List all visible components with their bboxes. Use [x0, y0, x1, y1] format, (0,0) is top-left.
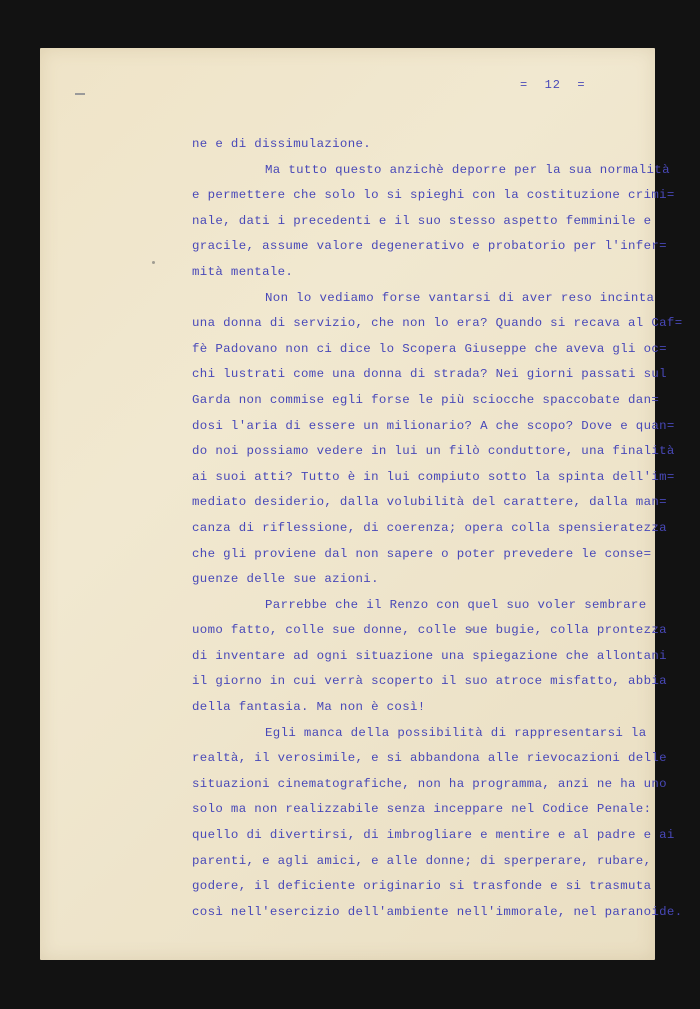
text-line: ai suoi atti? Tutto è in lui compiuto so…	[192, 465, 652, 491]
text-line: Ma tutto questo anzichè deporre per la s…	[192, 158, 652, 184]
text-line: guenze delle sue azioni.	[192, 567, 652, 593]
text-line: di inventare ad ogni situazione una spie…	[192, 644, 652, 670]
paragraph: Non lo vediamo forse vantarsi di aver re…	[192, 286, 652, 593]
paragraph: Parrebbe che il Renzo con quel suo voler…	[192, 593, 652, 721]
text-line: mità mentale.	[192, 260, 652, 286]
paragraph: ne e di dissimulazione.	[192, 132, 652, 158]
text-line: Non lo vediamo forse vantarsi di aver re…	[192, 286, 652, 312]
text-line: parenti, e agli amici, e alle donne; di …	[192, 849, 652, 875]
margin-mark	[75, 93, 85, 95]
text-line: della fantasia. Ma non è così!	[192, 695, 652, 721]
text-line: una donna di servizio, che non lo era? Q…	[192, 311, 652, 337]
text-line: Parrebbe che il Renzo con quel suo voler…	[192, 593, 652, 619]
text-line: così nell'esercizio dell'ambiente nell'i…	[192, 900, 652, 926]
paragraph: Ma tutto questo anzichè deporre per la s…	[192, 158, 652, 286]
text-line: mediato desiderio, dalla volubilità del …	[192, 490, 652, 516]
text-line: quello di divertirsi, di imbrogliare e m…	[192, 823, 652, 849]
text-line: gracile, assume valore degenerativo e pr…	[192, 234, 652, 260]
typewritten-body: ne e di dissimulazione. Ma tutto questo …	[192, 132, 652, 925]
text-line: situazioni cinematografiche, non ha prog…	[192, 772, 652, 798]
text-line: canza di riflessione, di coerenza; opera…	[192, 516, 652, 542]
paragraph: Egli manca della possibilità di rapprese…	[192, 721, 652, 926]
text-line: il giorno in cui verrà scoperto il suo a…	[192, 669, 652, 695]
text-line: realtà, il verosimile, e si abbandona al…	[192, 746, 652, 772]
text-line: do noi possiamo vedere in lui un filò co…	[192, 439, 652, 465]
text-line: Garda non commise egli forse le più scio…	[192, 388, 652, 414]
text-line: chi lustrati come una donna di strada? N…	[192, 362, 652, 388]
text-line: fè Padovano non ci dice lo Scopera Giuse…	[192, 337, 652, 363]
text-line: Egli manca della possibilità di rapprese…	[192, 721, 652, 747]
text-line: solo ma non realizzabile senza inceppare…	[192, 797, 652, 823]
text-line: che gli proviene dal non sapere o poter …	[192, 542, 652, 568]
paper-speck	[152, 261, 155, 264]
text-line: nale, dati i precedenti e il suo stesso …	[192, 209, 652, 235]
text-line: godere, il deficiente originario si tras…	[192, 874, 652, 900]
text-line: ne e di dissimulazione.	[192, 132, 652, 158]
document-page: = 12 = ne e di dissimulazione. Ma tutto …	[40, 48, 655, 960]
text-line: e permettere che solo lo si spieghi con …	[192, 183, 652, 209]
text-line: dosi l'aria di essere un milionario? A c…	[192, 414, 652, 440]
page-number: = 12 =	[520, 78, 586, 92]
text-line: uomo fatto, colle sue donne, colle sue b…	[192, 618, 652, 644]
